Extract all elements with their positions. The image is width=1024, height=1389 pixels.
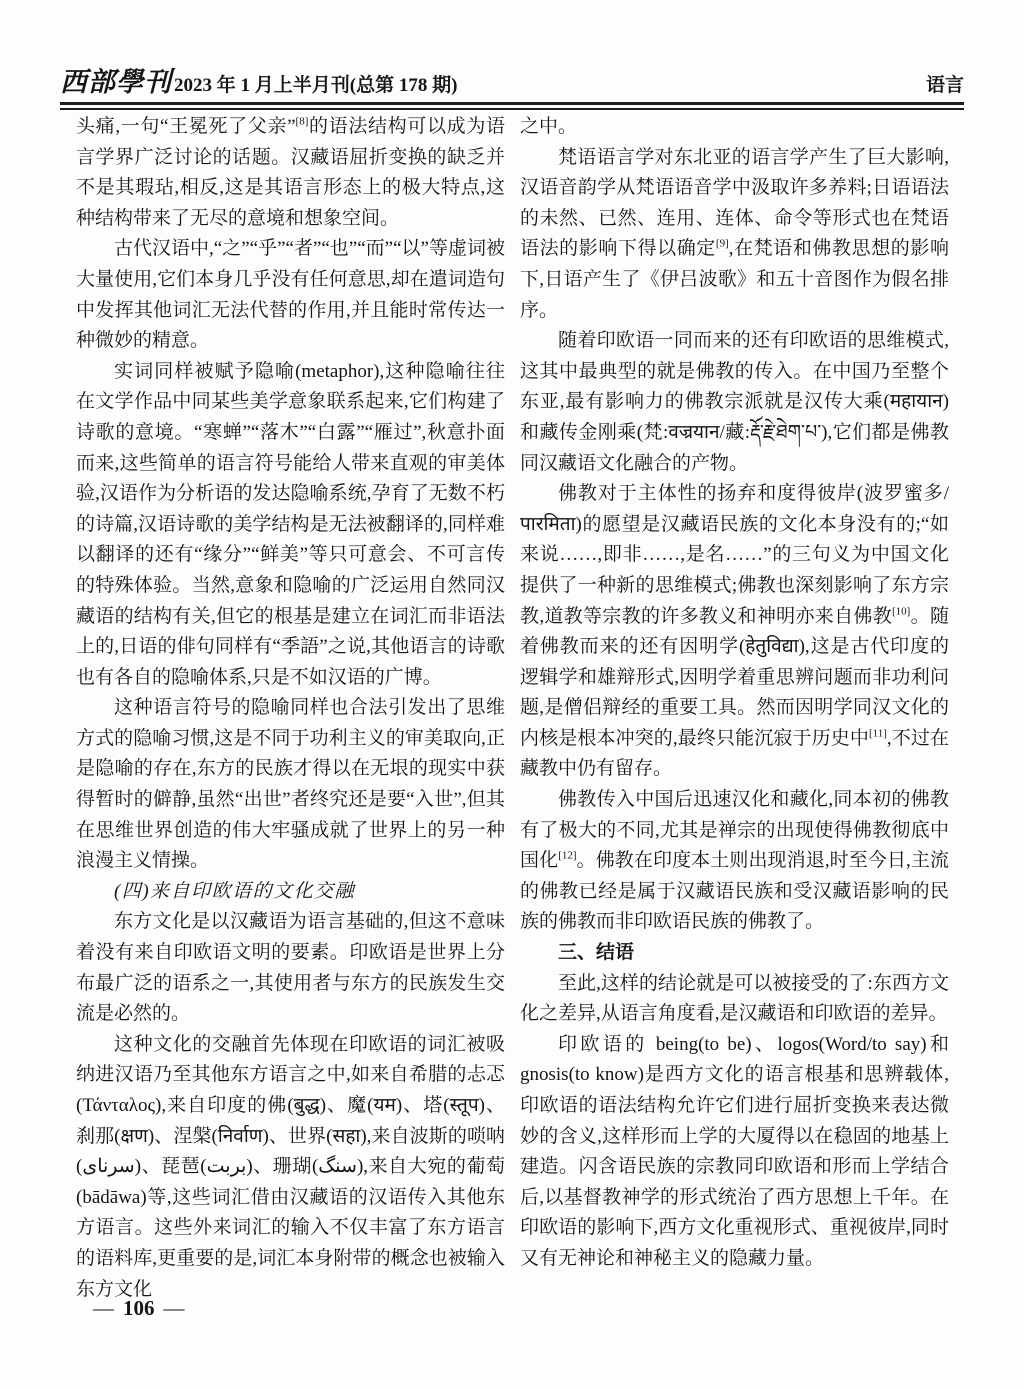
paragraph: 至此,这样的结论就是可以被接受的了:东西方文化之差异,从语言角度看,是汉藏语和印… bbox=[520, 969, 949, 1030]
paragraph: 印欧语的 being(to be)、logos(Word/to say)和 gn… bbox=[520, 1030, 949, 1275]
heading-bold: 三、结语 bbox=[520, 938, 949, 969]
footnote-ref: [11] bbox=[869, 728, 887, 740]
footer-dash-right: — bbox=[164, 1296, 185, 1321]
footnote-ref: [10] bbox=[892, 605, 910, 617]
footer-dash-left: — bbox=[93, 1296, 114, 1321]
paragraph: 实词同样被赋予隐喻(metaphor),这种隐喻往往在文学作品中同某些美学意象联… bbox=[76, 357, 505, 694]
page-footer: — 106 — bbox=[93, 1296, 185, 1321]
journal-logo: 西部學刊 bbox=[60, 60, 172, 99]
paragraph: 佛教传入中国后迅速汉化和藏化,同本初的佛教有了极大的不同,尤其是禅宗的出现使得佛… bbox=[520, 785, 949, 938]
section-label: 语言 bbox=[926, 70, 964, 97]
paragraph: 梵语语言学对东北亚的语言学产生了巨大影响,汉语音韵学从梵语语音学中汲取许多养料;… bbox=[520, 143, 949, 327]
footnote-ref: [9] bbox=[716, 238, 729, 250]
issue-info: 2023 年 1 月上半月刊(总第 178 期) bbox=[174, 70, 457, 97]
page-header: 西部學刊 2023 年 1 月上半月刊(总第 178 期) 语言 bbox=[60, 60, 964, 110]
article-body: 头痛,一句“王冕死了父亲”[8]的语法结构可以成为语言学界广泛讨论的话题。汉藏语… bbox=[76, 112, 949, 1305]
paragraph: 这种语言符号的隐喻同样也合法引发出了思维方式的隐喻习惯,这是不同于功利主义的审美… bbox=[76, 693, 505, 877]
paragraph: 这种文化的交融首先体现在印欧语的词汇被吸纳进汉语乃至其他东方语言之中,如来自希腊… bbox=[76, 1030, 505, 1305]
paragraph: 佛教对于主体性的扬弃和度得彼岸(波罗蜜多/पारमिता)的愿望是汉藏语民族的文… bbox=[520, 479, 949, 785]
footnote-ref: [12] bbox=[558, 850, 576, 862]
journal-page: 西部學刊 2023 年 1 月上半月刊(总第 178 期) 语言 头痛,一句“王… bbox=[0, 0, 1024, 1389]
header-row: 西部學刊 2023 年 1 月上半月刊(总第 178 期) 语言 bbox=[60, 60, 964, 99]
left-column: 头痛,一句“王冕死了父亲”[8]的语法结构可以成为语言学界广泛讨论的话题。汉藏语… bbox=[76, 112, 505, 1305]
paragraph: 随着印欧语一同而来的还有印欧语的思维模式,这其中最典型的就是佛教的传入。在中国乃… bbox=[520, 326, 949, 479]
paragraph: 之中。 bbox=[520, 112, 949, 143]
right-column: 之中。梵语语言学对东北亚的语言学产生了巨大影响,汉语音韵学从梵语语音学中汲取许多… bbox=[520, 112, 949, 1305]
header-divider bbox=[60, 102, 964, 110]
subheading-kaiti: (四)来自印欧语的文化交融 bbox=[76, 877, 505, 908]
footnote-ref: [8] bbox=[296, 116, 309, 128]
paragraph: 古代汉语中,“之”“乎”“者”“也”“而”“以”等虚词被大量使用,它们本身几乎没… bbox=[76, 234, 505, 356]
paragraph: 头痛,一句“王冕死了父亲”[8]的语法结构可以成为语言学界广泛讨论的话题。汉藏语… bbox=[76, 112, 505, 234]
paragraph: 东方文化是以汉藏语为语言基础的,但这不意味着没有来自印欧语文明的要素。印欧语是世… bbox=[76, 907, 505, 1029]
page-number: 106 bbox=[123, 1296, 155, 1321]
